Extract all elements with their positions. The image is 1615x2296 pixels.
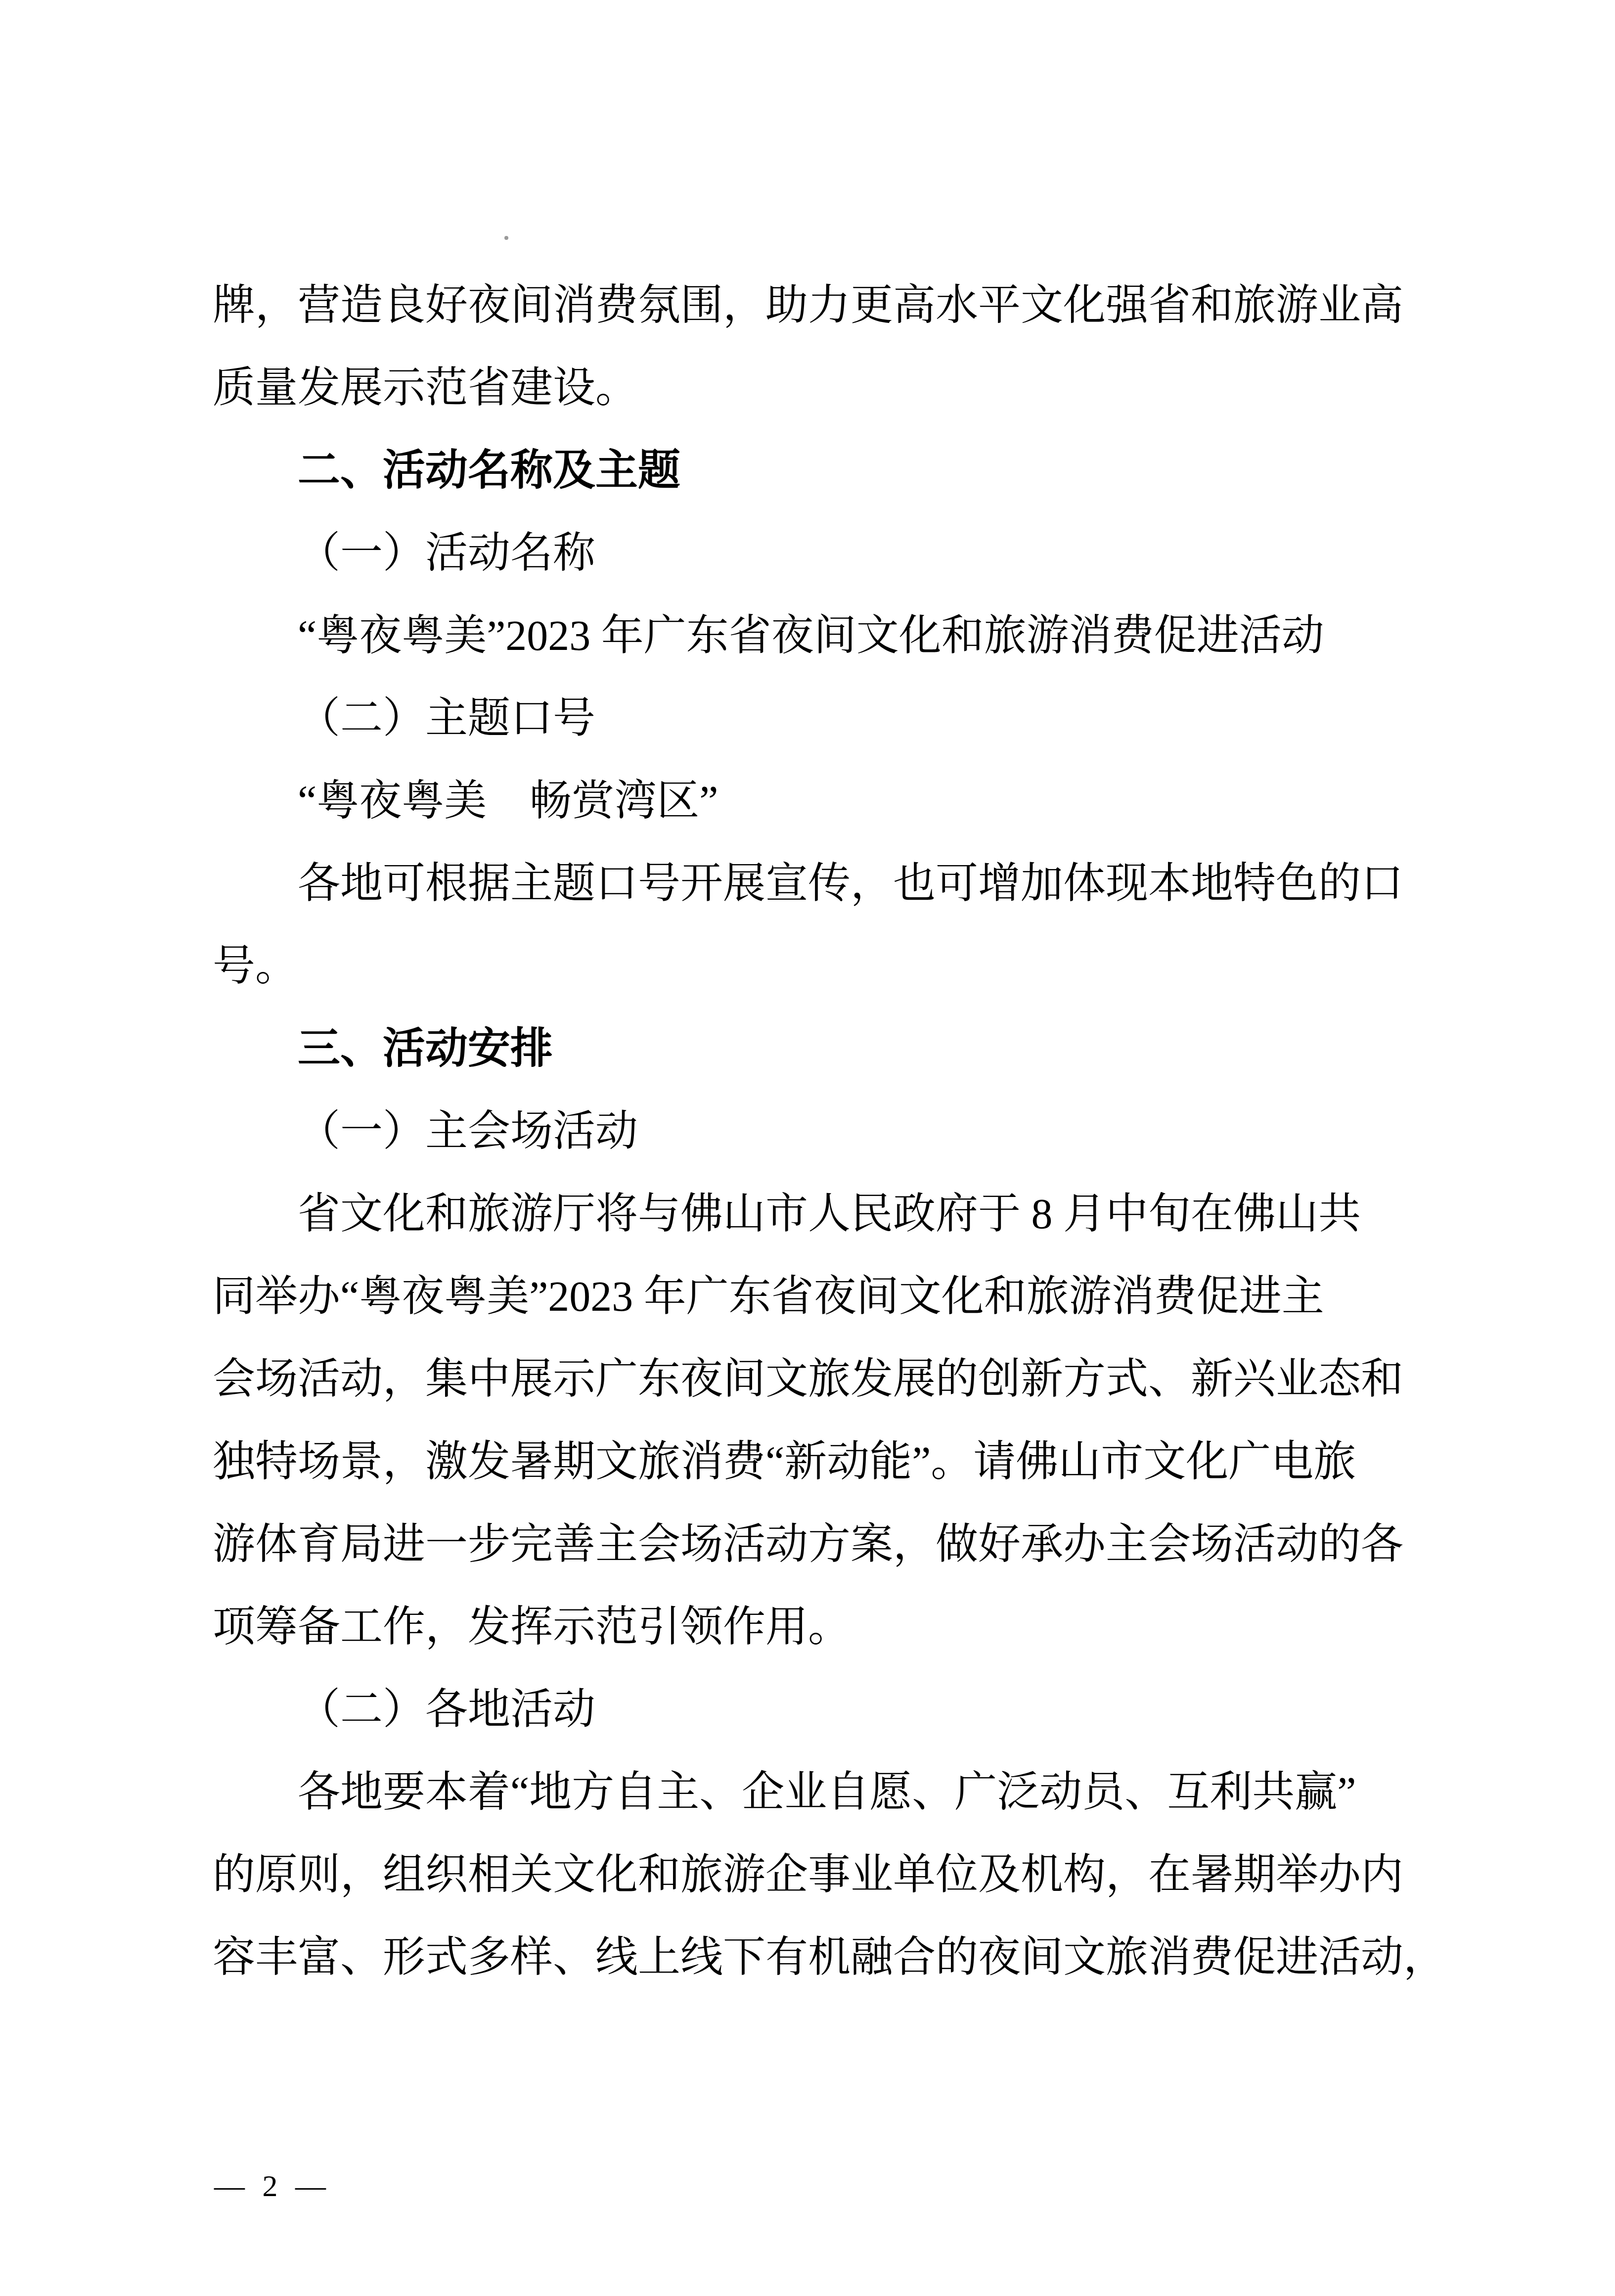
page-number: — 2 — — [214, 2167, 331, 2205]
text-line: 会场活动，集中展示广东夜间文旅发展的创新方式、新兴业态和 — [213, 1338, 1408, 1421]
text-line: 游体育局进一步完善主会场活动方案，做好承办主会场活动的各 — [213, 1503, 1408, 1586]
text-line: 同举办“粤夜粤美”2023 年广东省夜间文化和旅游消费促进主 — [213, 1255, 1408, 1338]
text-line: 质量发展示范省建设。 — [213, 347, 1408, 429]
text-line: 项筹备工作，发挥示范引领作用。 — [213, 1586, 1408, 1668]
text-line: 容丰富、形式多样、线上线下有机融合的夜间文旅消费促进活动， — [213, 1916, 1408, 1999]
text-line: 独特场景，激发暑期文旅消费“新动能”。请佛山市文化广电旅 — [213, 1421, 1408, 1503]
text-line: 省文化和旅游厅将与佛山市人民政府于 8 月中旬在佛山共 — [213, 1173, 1408, 1255]
subsection-heading: （二）各地活动 — [213, 1668, 1408, 1751]
text-line: 牌，营造良好夜间消费氛围，助力更高水平文化强省和旅游业高 — [213, 264, 1408, 347]
subsection-heading: （二）主题口号 — [213, 677, 1408, 760]
text-line: “粤夜粤美”2023 年广东省夜间文化和旅游消费促进活动 — [213, 595, 1408, 677]
scan-artifact-dot — [504, 236, 508, 240]
document-body: 牌，营造良好夜间消费氛围，助力更高水平文化强省和旅游业高 质量发展示范省建设。 … — [213, 264, 1408, 1999]
text-line: 各地要本着“地方自主、企业自愿、广泛动员、互利共赢” — [213, 1751, 1408, 1834]
section-heading: 三、活动安排 — [213, 1008, 1408, 1090]
section-heading: 二、活动名称及主题 — [213, 429, 1408, 512]
document-page: 牌，营造良好夜间消费氛围，助力更高水平文化强省和旅游业高 质量发展示范省建设。 … — [0, 0, 1615, 2296]
text-line: 各地可根据主题口号开展宣传，也可增加体现本地特色的口 — [213, 842, 1408, 925]
subsection-heading: （一）主会场活动 — [213, 1090, 1408, 1173]
subsection-heading: （一）活动名称 — [213, 512, 1408, 595]
text-line: “粤夜粤美 畅赏湾区” — [213, 760, 1408, 842]
text-line: 号。 — [213, 925, 1408, 1008]
text-line: 的原则，组织相关文化和旅游企事业单位及机构，在暑期举办内 — [213, 1834, 1408, 1916]
